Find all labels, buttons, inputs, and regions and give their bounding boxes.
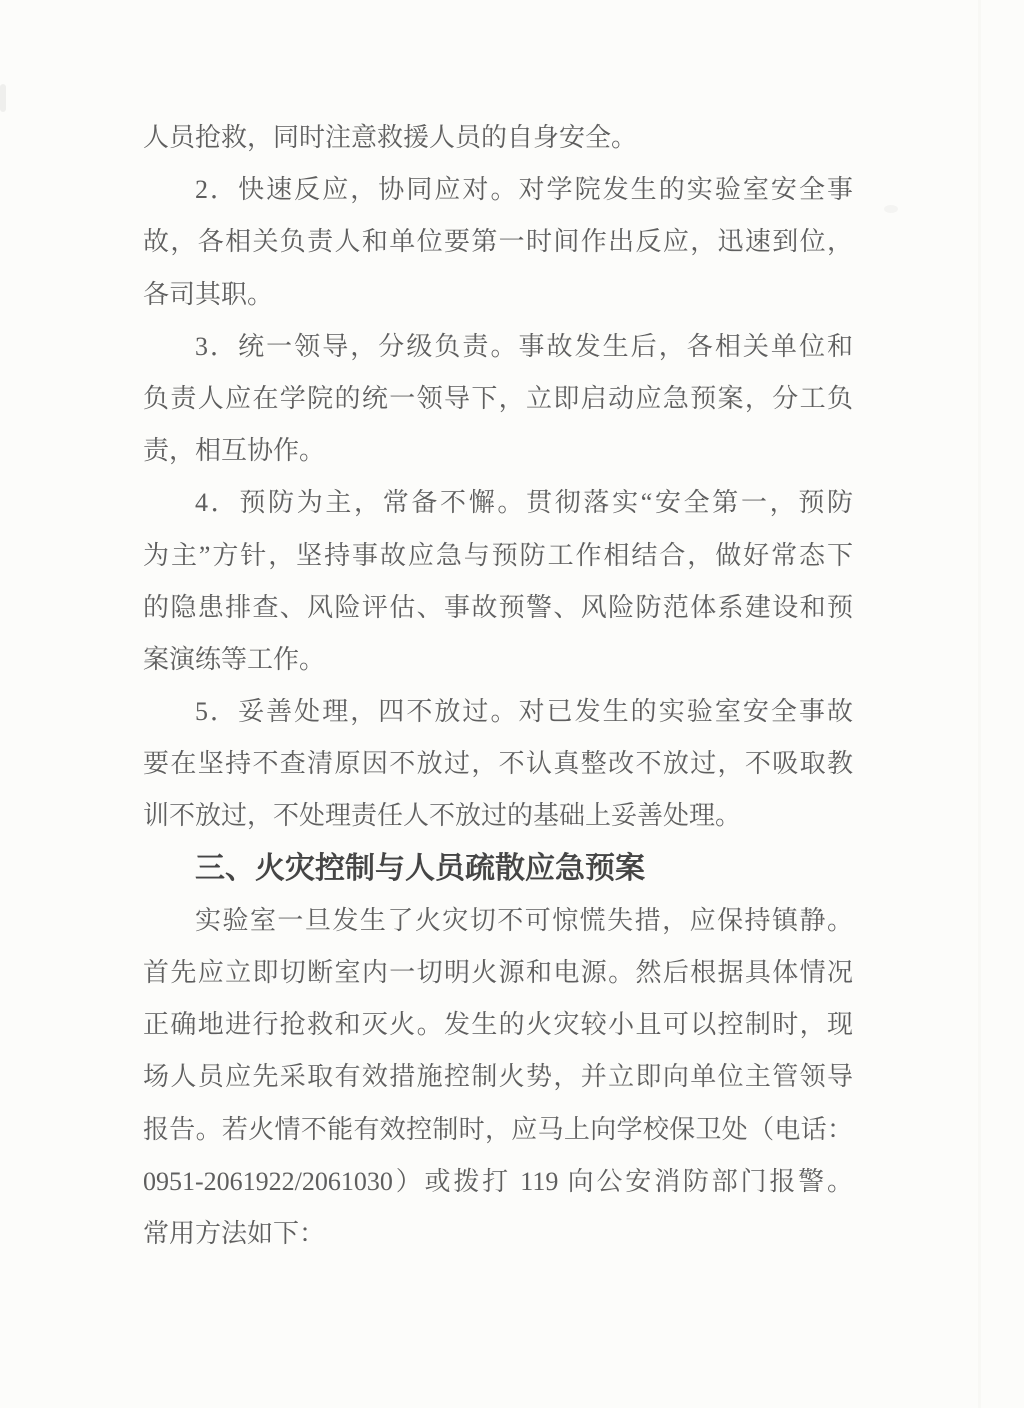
body-line: 首先应立即切断室内一切明火源和电源。然后根据具体情况 xyxy=(143,947,853,999)
body-line: 为主”方针，坚持事故应急与预防工作相结合，做好常态下 xyxy=(143,530,853,582)
body-line: 0951-2061922/2061030）或拨打 119 向公安消防部门报警。 xyxy=(143,1156,853,1208)
body-line: 4．预防为主，常备不懈。贯彻落实“安全第一，预防 xyxy=(143,477,853,529)
scan-artifact-left-smudge xyxy=(0,84,6,112)
body-line: 人员抢救，同时注意救援人员的自身安全。 xyxy=(143,112,853,164)
body-line: 训不放过，不处理责任人不放过的基础上妥善处理。 xyxy=(143,790,853,842)
body-line: 实验室一旦发生了火灾切不可惊慌失措，应保持镇静。 xyxy=(143,895,853,947)
body-line: 报告。若火情不能有效控制时，应马上向学校保卫处（电话： xyxy=(143,1104,853,1156)
body-line: 2．快速反应，协同应对。对学院发生的实验室安全事 xyxy=(143,164,853,216)
body-line: 各司其职。 xyxy=(143,269,853,321)
body-line: 常用方法如下： xyxy=(143,1208,853,1260)
body-line: 负责人应在学院的统一领导下，立即启动应急预案，分工负 xyxy=(143,373,853,425)
body-line: 3．统一领导，分级负责。事故发生后，各相关单位和 xyxy=(143,321,853,373)
body-line: 故，各相关负责人和单位要第一时间作出反应，迅速到位， xyxy=(143,216,853,268)
body-line: 正确地进行抢救和灭火。发生的火灾较小且可以控制时，现 xyxy=(143,999,853,1051)
document-body: 人员抢救，同时注意救援人员的自身安全。 2．快速反应，协同应对。对学院发生的实验… xyxy=(143,112,853,1260)
body-line: 责，相互协作。 xyxy=(143,425,853,477)
scan-artifact-right-line xyxy=(978,0,981,1408)
body-line: 场人员应先采取有效措施控制火势，并立即向单位主管领导 xyxy=(143,1051,853,1103)
section-heading: 三、火灾控制与人员疏散应急预案 xyxy=(143,843,853,895)
body-line: 的隐患排查、风险评估、事故预警、风险防范体系建设和预 xyxy=(143,582,853,634)
document-page: 人员抢救，同时注意救援人员的自身安全。 2．快速反应，协同应对。对学院发生的实验… xyxy=(0,0,1024,1408)
body-line: 5．妥善处理，四不放过。对已发生的实验室安全事故 xyxy=(143,686,853,738)
body-line: 案演练等工作。 xyxy=(143,634,853,686)
body-line: 要在坚持不查清原因不放过，不认真整改不放过，不吸取教 xyxy=(143,738,853,790)
scan-artifact-dot xyxy=(884,205,898,213)
